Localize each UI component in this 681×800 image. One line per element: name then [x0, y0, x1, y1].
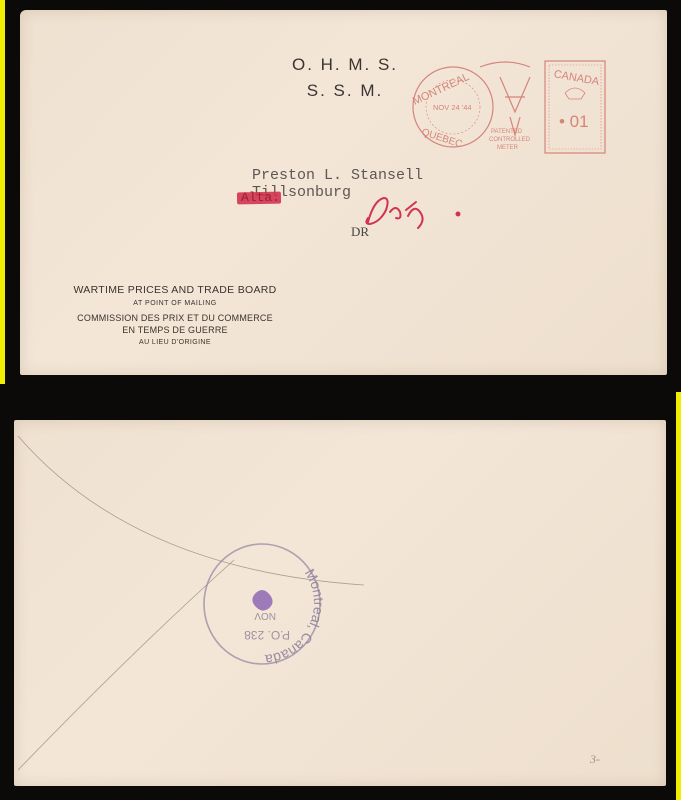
envelope-back [14, 420, 666, 786]
official-heading: O. H. M. S. S. S. M. [290, 52, 400, 104]
initials-dr: DR [351, 224, 369, 240]
purple-ink-blot [252, 590, 272, 611]
yellow-border-strip-right [676, 392, 681, 800]
svg-text:METER: METER [497, 145, 519, 151]
handwritten-correction: Ont. [360, 190, 470, 230]
meter-stamp-icon: MONTREAL QUEBEC NOV 24 '44 CANADA • 01 P… [405, 57, 610, 157]
svg-text:CONTROLLED: CONTROLLED [489, 137, 531, 143]
svg-text:NOV 24 '44: NOV 24 '44 [433, 103, 472, 112]
svg-text:QUEBEC: QUEBEC [420, 127, 464, 151]
imprint-line-2: AT POINT OF MAILING [40, 297, 310, 310]
pencil-note: 3- [590, 752, 600, 767]
envelope-flap-lines [14, 420, 666, 786]
yellow-border-strip-left [0, 0, 5, 384]
svg-text:P.O. 238: P.O. 238 [244, 628, 290, 642]
svg-text:• 01: • 01 [559, 112, 589, 131]
ohms-line: O. H. M. S. [290, 52, 400, 78]
svg-text:CANADA: CANADA [553, 68, 601, 88]
svg-text:NOV: NOV [254, 610, 276, 621]
recipient-name: Preston L. Stansell [252, 167, 423, 184]
montreal-backstamp: Montreal, Canada P.O. 238 NOV [192, 537, 332, 672]
meter-franking-mark: MONTREAL QUEBEC NOV 24 '44 CANADA • 01 P… [405, 57, 610, 157]
imprint-line-1: WARTIME PRICES AND TRADE BOARD [40, 283, 310, 297]
imprint-line-5: AU LIEU D'ORIGINE [40, 336, 310, 350]
imprint-line-3: COMMISSION DES PRIX ET DU COMMERCE [40, 312, 310, 324]
wartime-board-imprint: WARTIME PRICES AND TRADE BOARD AT POINT … [40, 283, 310, 350]
ssm-line: S. S. M. [290, 78, 400, 104]
struck-out-province: Alta. [241, 190, 280, 205]
imprint-line-4: EN TEMPS DE GUERRE [40, 324, 310, 336]
svg-text:PATENTED: PATENTED [491, 129, 523, 135]
